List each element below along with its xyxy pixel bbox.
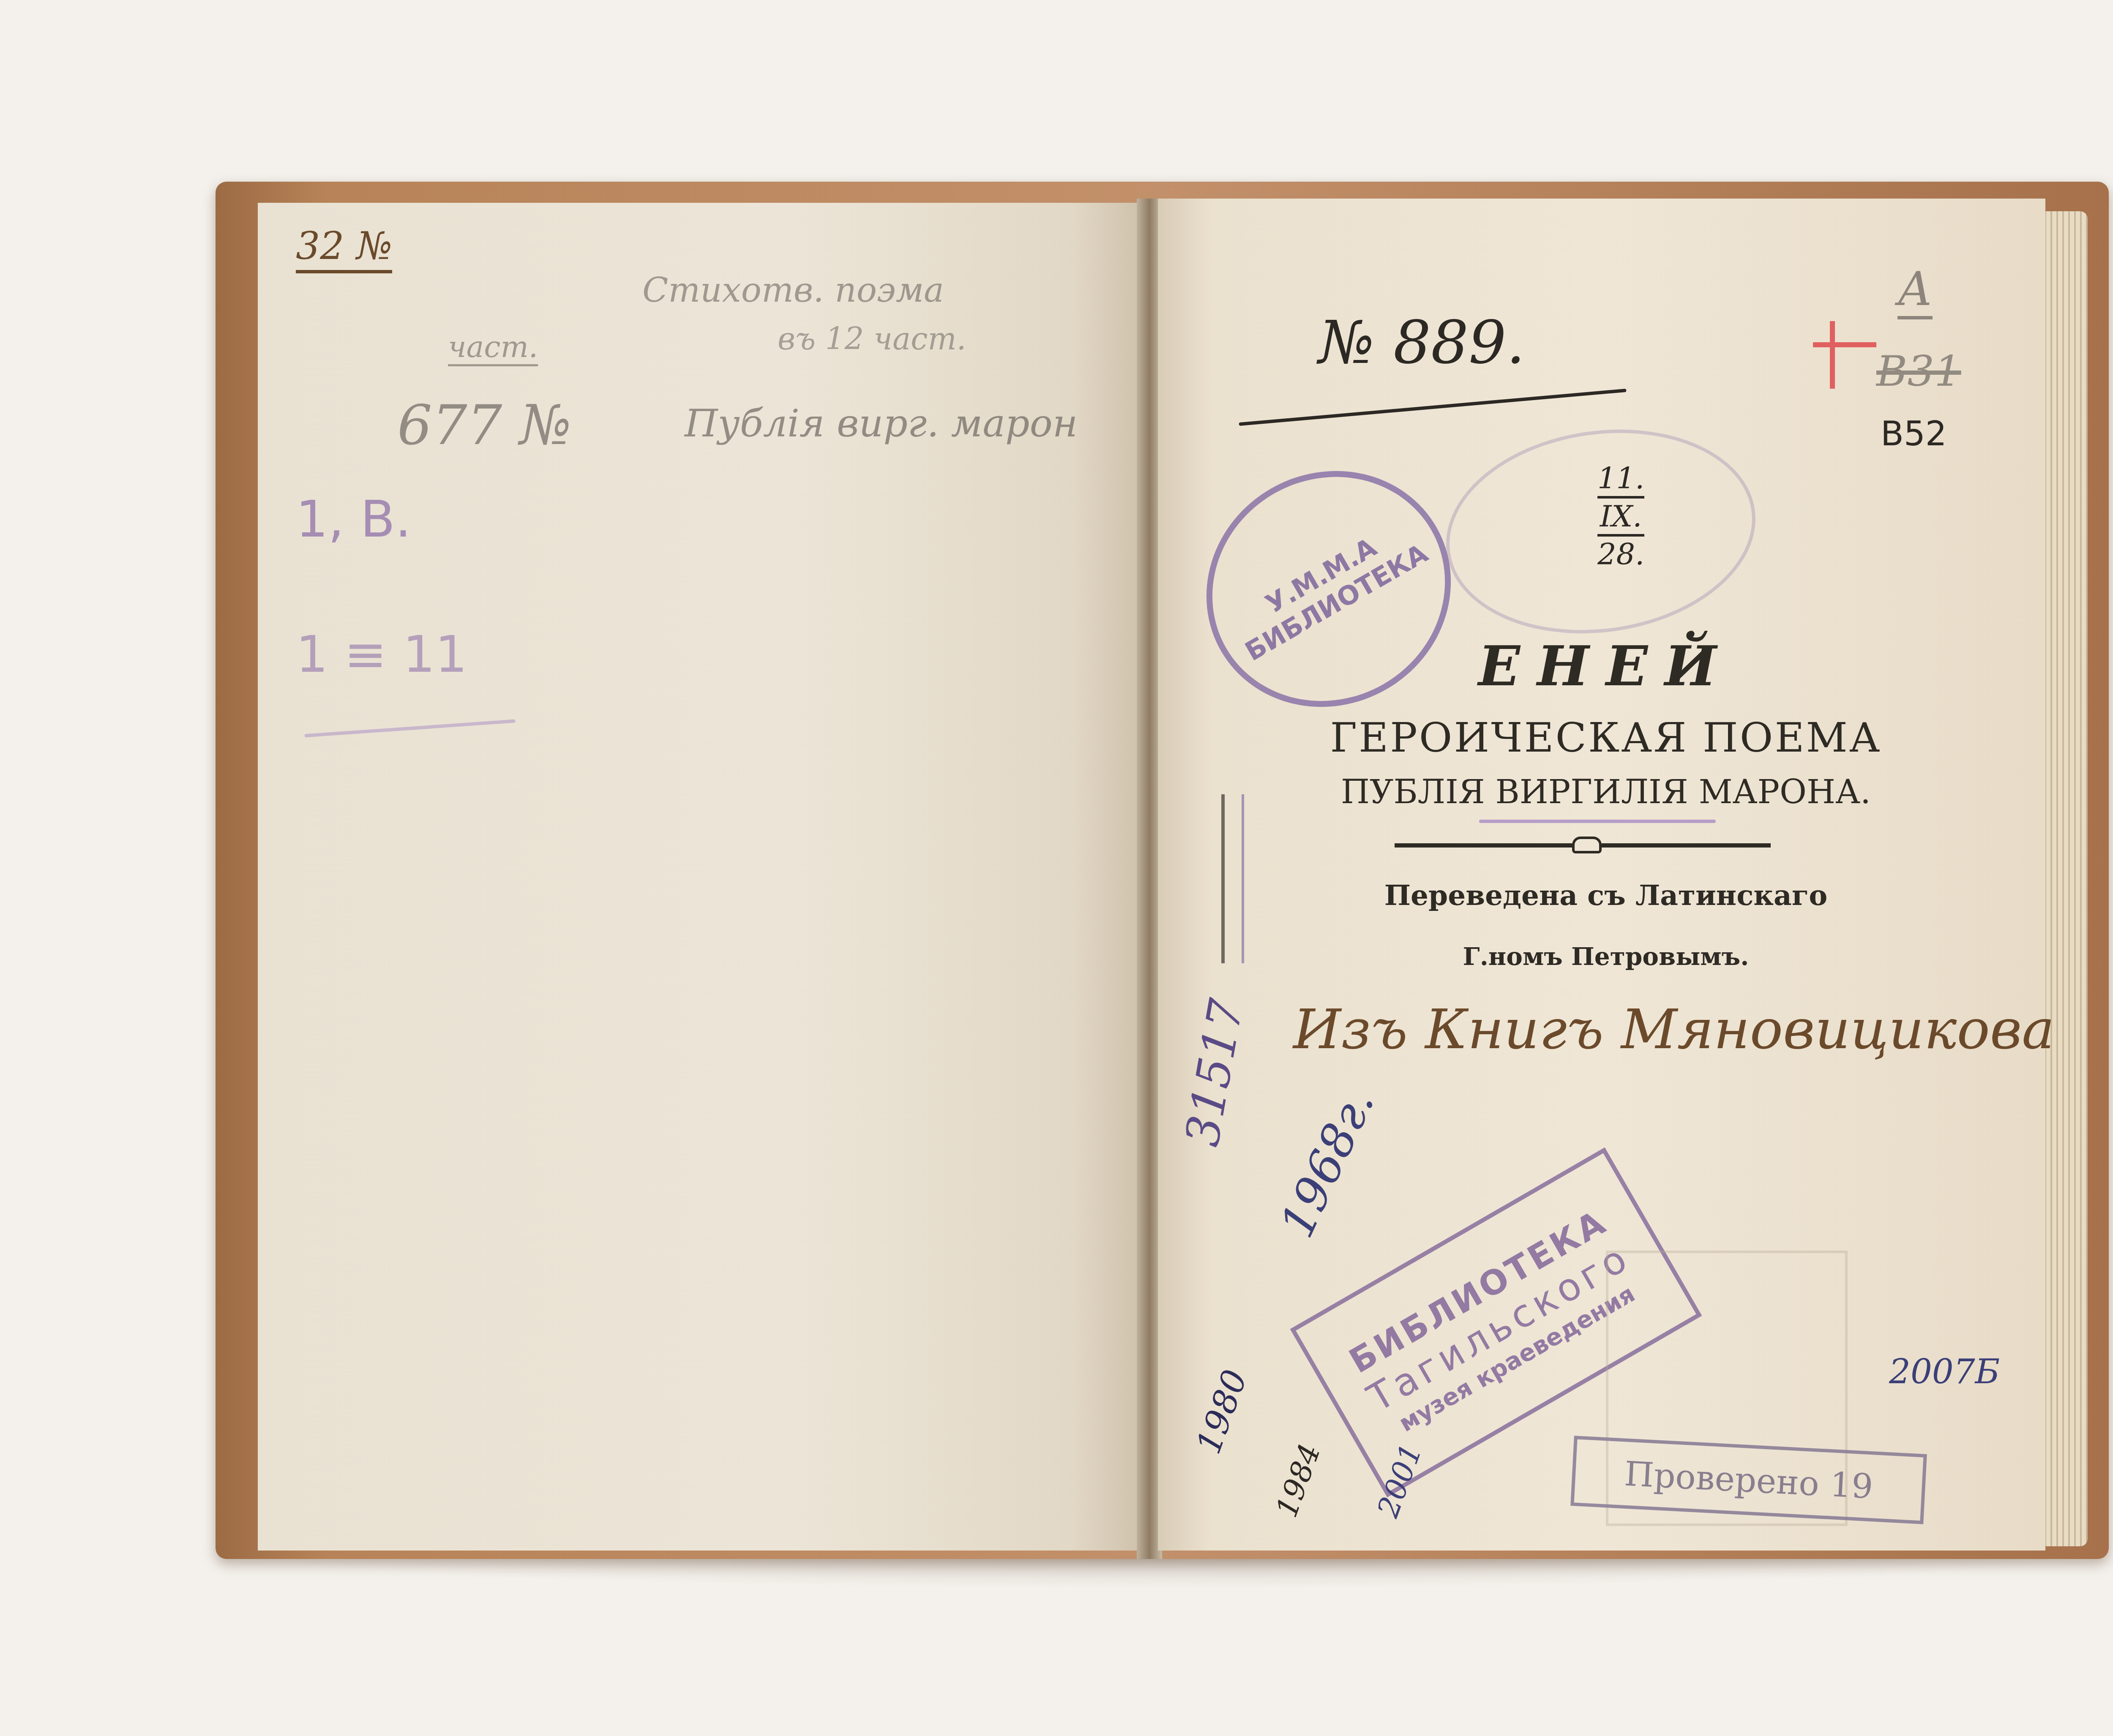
- violet-mark-1: 1, В.: [296, 490, 411, 549]
- book-title: ЕНЕЙ: [1175, 634, 2037, 698]
- corner-code-struck: В31: [1876, 346, 1961, 396]
- translator-line: Г.номъ Петровымъ.: [1175, 942, 2037, 971]
- note-2007: 2007Б: [1889, 1352, 2000, 1391]
- pencil-note-1: Стихотв. поэма: [642, 270, 944, 310]
- pencil-catalog: 677 №: [397, 393, 571, 457]
- shelf-number: 32 №: [296, 224, 392, 273]
- corner-letter: А: [1897, 262, 1933, 319]
- date-year: 28.: [1597, 537, 1644, 572]
- corner-code: В52: [1881, 414, 1947, 453]
- pencil-note-3: част.: [448, 330, 538, 366]
- violet-mark-2: 1 ≡ 11: [296, 625, 467, 684]
- pencil-title: Публія вирг. марон: [685, 401, 1078, 446]
- ownership-inscription: Изъ Книгъ Мяновицикова: [1293, 997, 2055, 1061]
- pencil-note-2: въ 12 част.: [778, 321, 966, 357]
- inventory-number: № 889.: [1319, 308, 1525, 377]
- translated-line: Переведена съ Латинскаго: [1175, 879, 2037, 912]
- printer-ornament: [1386, 837, 1788, 853]
- book-author-line: ПУБЛІЯ ВИРГИЛІЯ МАРОНА.: [1175, 773, 2037, 811]
- date-day: 11.: [1597, 461, 1644, 496]
- red-cross-vertical: [1830, 321, 1835, 389]
- red-cross-horizontal: [1813, 342, 1876, 347]
- book-subtitle: ГЕРОИЧЕСКАЯ ПОЕМА: [1175, 714, 2037, 761]
- date-month: IX.: [1597, 496, 1644, 537]
- author-underline: [1479, 820, 1716, 823]
- pencil-scribble: [1221, 794, 1244, 963]
- date-fraction: 11. IX. 28.: [1597, 461, 1644, 572]
- checked-stamp-text: Проверено 19: [1624, 1454, 1874, 1506]
